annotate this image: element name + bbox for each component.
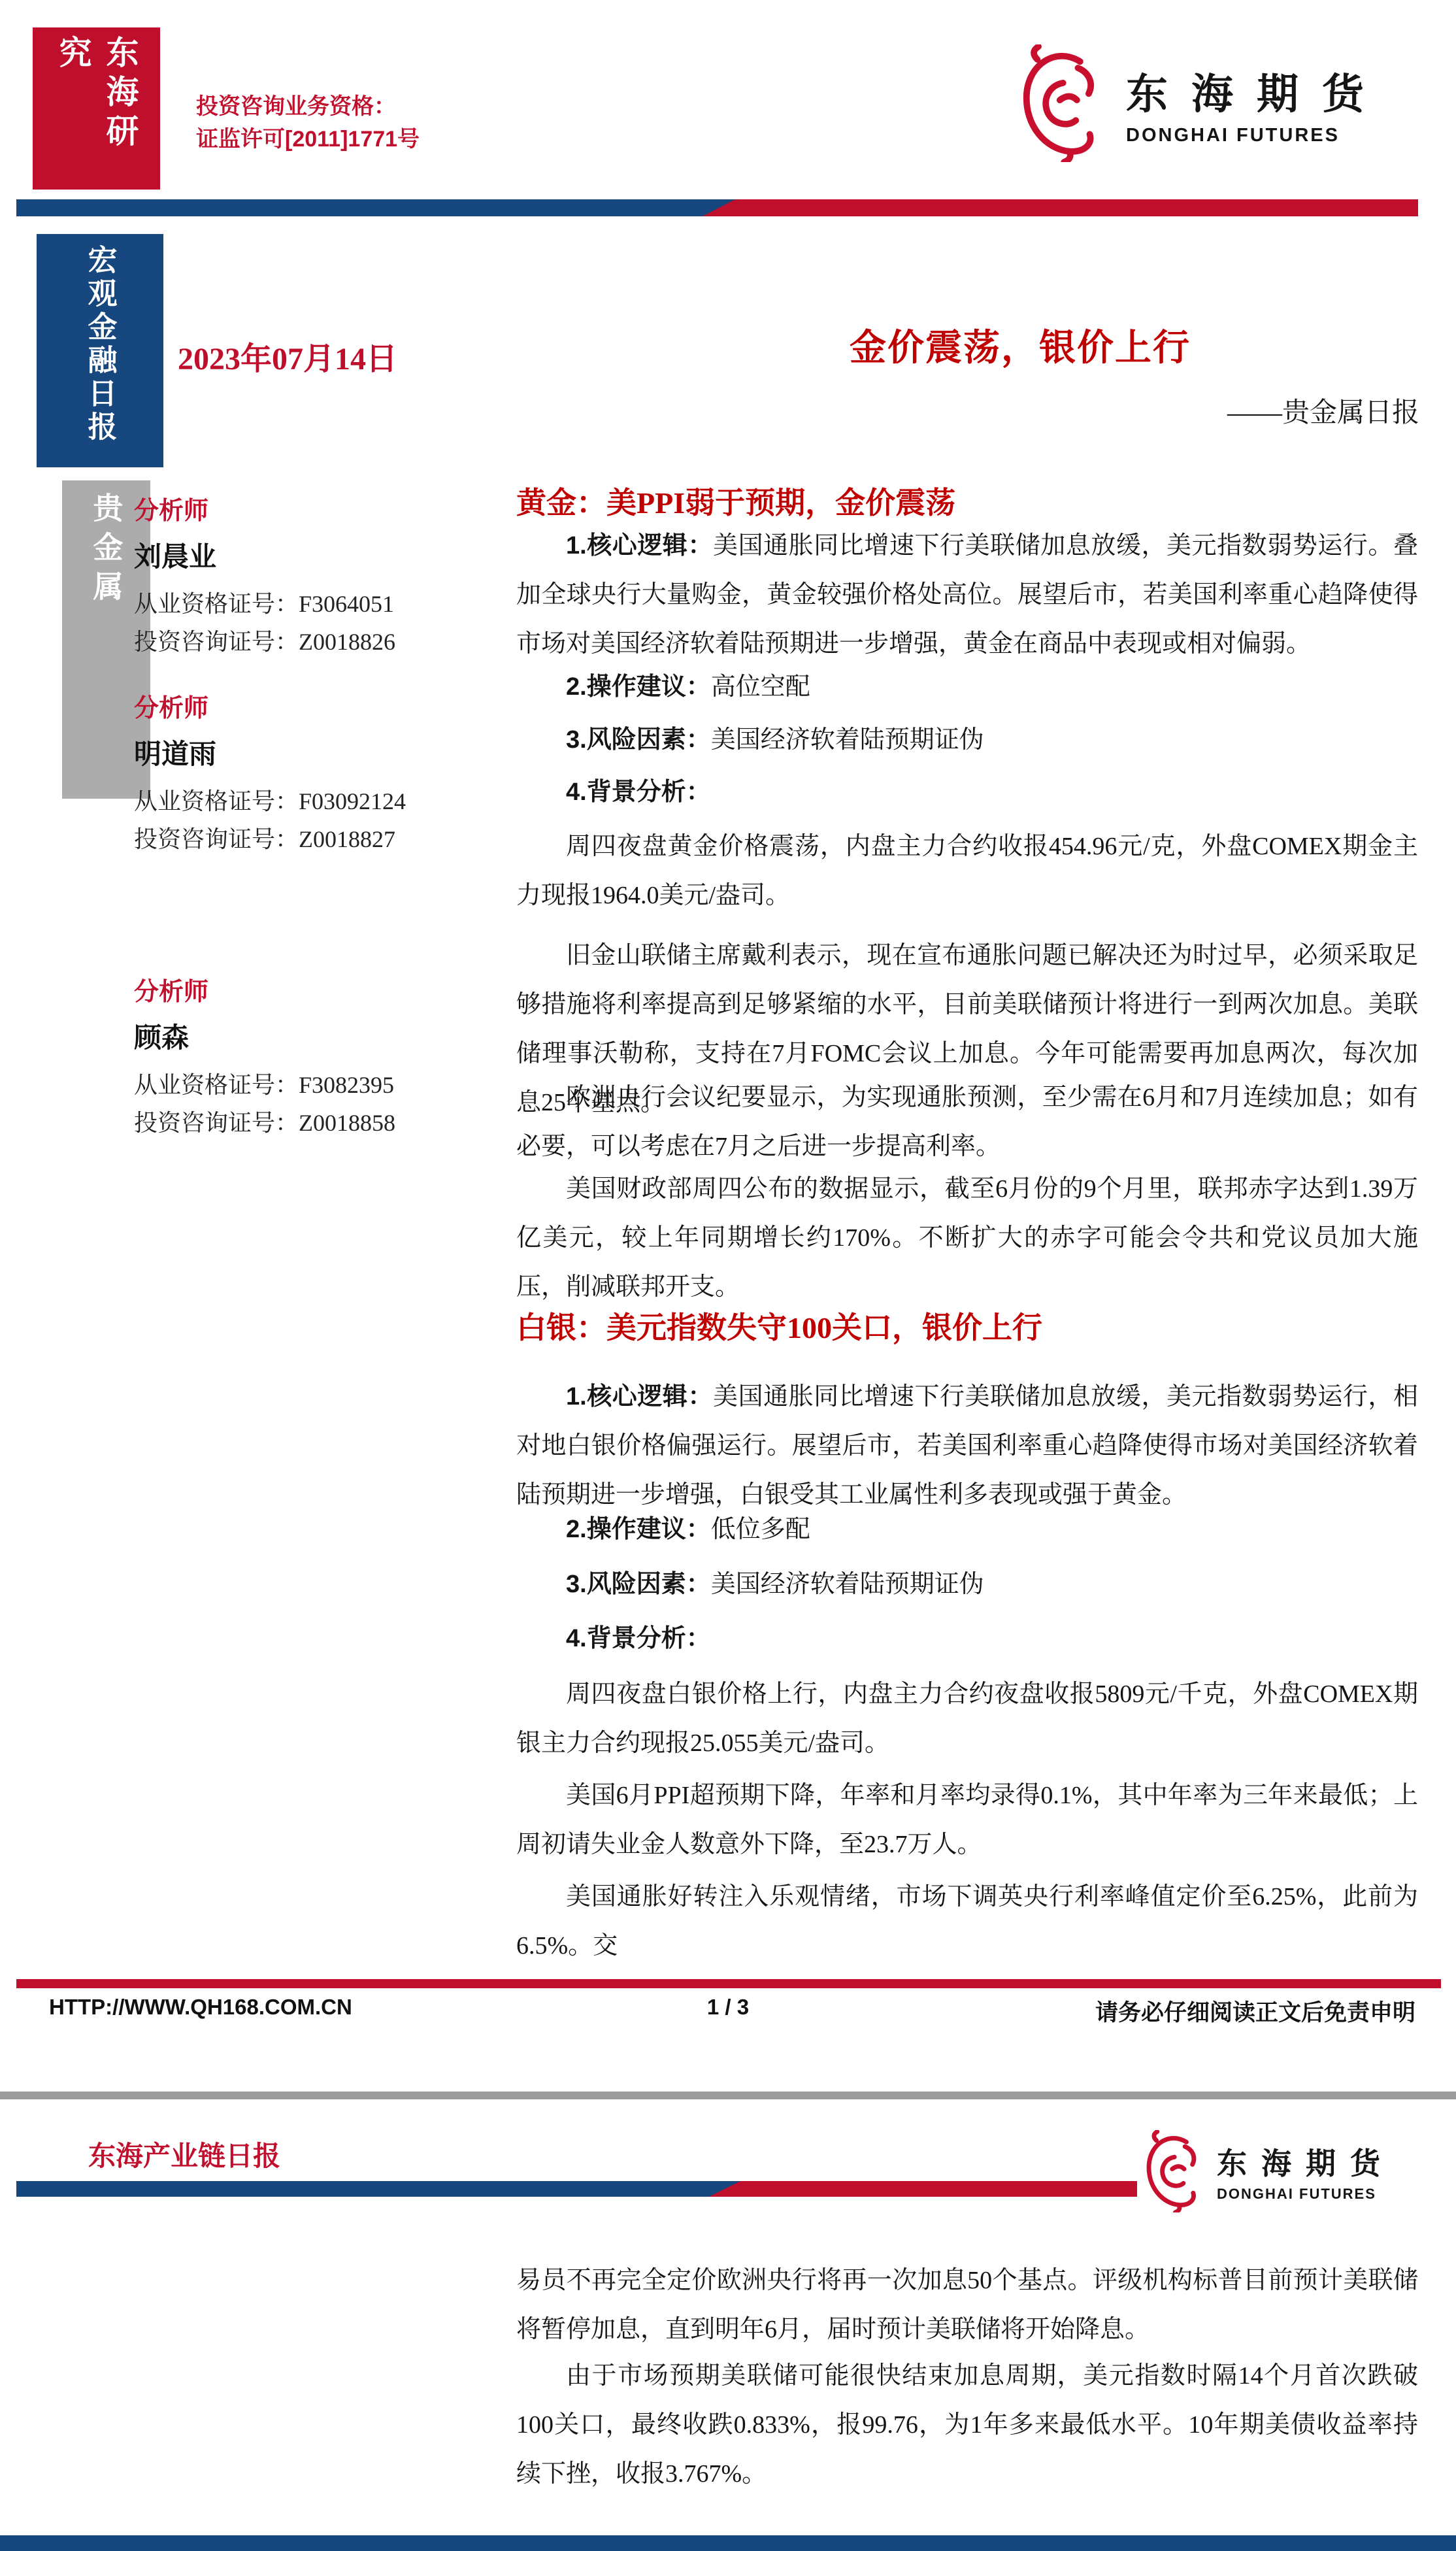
analyst-cert1: 从业资格证号：F03092124 — [134, 782, 500, 820]
silver-core-logic: 1.核心逻辑：美国通胀同比增速下行美联储加息放缓，美元指数弱势运行，相对地白银价… — [516, 1373, 1418, 1520]
logo-en-name: DONGHAI FUTURES — [1126, 125, 1387, 146]
divider-bar-red-segment — [703, 199, 1418, 216]
analyst-cert1: 从业资格证号：F3082395 — [134, 1066, 500, 1104]
qualification-line2: 证监许可[2011]1771号 — [196, 123, 420, 156]
page2-company-logo: 东海期货 DONGHAI FUTURES — [1137, 2123, 1456, 2220]
report-date: 2023年07月14日 — [178, 333, 397, 378]
logo-en-name: DONGHAI FUTURES — [1217, 2186, 1395, 2203]
gold-background-para-1: 周四夜盘黄金价格震荡，内盘主力合约收报454.96元/克，外盘COMEX期金主力… — [516, 822, 1418, 920]
page2-bottom-bar — [0, 2535, 1456, 2551]
report-subtitle: ——贵金属日报 — [1227, 391, 1419, 430]
report-document: 东海研究 投资咨询业务资格： 证监许可[2011]1771号 东海期货 DONG… — [0, 0, 1456, 2551]
gold-background-label: 4.背景分析： — [566, 778, 711, 806]
logo-cn-name: 东海期货 — [1217, 2140, 1395, 2183]
page2-para-1: 易员不再完全定价欧洲央行将再一次加息50个基点。评级机构标普目前预计美联储将暂停… — [516, 2256, 1418, 2354]
page2-para-2: 由于市场预期美联储可能很快结束加息周期，美元指数时隔14个月首次跌破100关口，… — [516, 2352, 1418, 2499]
analyst-name: 刘晨业 — [134, 535, 500, 575]
silver-risk: 3.风险因素：美国经济软着陆预期证伪 — [516, 1560, 1418, 1609]
gold-core-logic-label: 1.核心逻辑： — [566, 532, 713, 559]
footer-divider-bar — [16, 1979, 1441, 1988]
silver-section-heading: 白银：美元指数失守100关口，银价上行 — [516, 1304, 1425, 1347]
category-banner: 宏观金融日报 — [37, 234, 163, 467]
analyst-cert2: 投资咨询证号：Z0018827 — [134, 820, 500, 858]
silver-advice-label: 2.操作建议： — [566, 1516, 711, 1543]
company-logo: 东海期货 DONGHAI FUTURES — [1010, 44, 1387, 162]
analyst-cert1: 从业资格证号：F3064051 — [134, 585, 500, 623]
silver-background-label: 4.背景分析： — [566, 1625, 711, 1652]
analyst-name: 明道雨 — [134, 733, 500, 772]
silver-advice-text: 低位多配 — [711, 1516, 810, 1543]
analyst-cert2: 投资咨询证号：Z0018858 — [134, 1104, 500, 1142]
gold-advice-label: 2.操作建议： — [566, 673, 711, 701]
silver-core-logic-label: 1.核心逻辑： — [566, 1383, 713, 1410]
silver-risk-label: 3.风险因素： — [566, 1571, 711, 1598]
analyst-block: 分析师 明道雨 从业资格证号：F03092124 投资咨询证号：Z0018827 — [134, 688, 500, 858]
qualification-block: 投资咨询业务资格： 证监许可[2011]1771号 — [196, 90, 420, 156]
gold-background-para-3: 欧洲央行会议纪要显示，为实现通胀预测，至少需在6月和7月连续加息；如有必要，可以… — [516, 1073, 1418, 1171]
header-divider-bar — [16, 199, 1418, 216]
silver-background-para-2: 美国6月PPI超预期下降，年率和月率均录得0.1%，其中年率为三年来最低；上周初… — [516, 1771, 1418, 1869]
footer-disclaimer: 请务必仔细阅读正文后免责申明 — [1095, 1995, 1415, 2027]
logo-cn-name: 东海期货 — [1126, 61, 1387, 121]
silver-advice: 2.操作建议：低位多配 — [516, 1505, 1418, 1554]
research-banner: 东海研究 — [33, 27, 160, 190]
report-title: 金价震荡，银价上行 — [850, 319, 1191, 371]
gold-background-label-row: 4.背景分析： — [516, 768, 1418, 817]
gold-risk-label: 3.风险因素： — [566, 726, 711, 754]
silver-risk-text: 美国经济软着陆预期证伪 — [711, 1571, 984, 1598]
analyst-block: 分析师 刘晨业 从业资格证号：F3064051 投资咨询证号：Z0018826 — [134, 490, 500, 661]
analyst-block: 分析师 顾森 从业资格证号：F3082395 投资咨询证号：Z0018858 — [134, 971, 500, 1142]
dragon-logo-icon — [1137, 2130, 1210, 2212]
page-separator — [0, 2092, 1456, 2099]
qualification-line1: 投资咨询业务资格： — [196, 90, 420, 123]
gold-section-heading: 黄金：美PPI弱于预期，金价震荡 — [516, 479, 1425, 522]
gold-risk-text: 美国经济软着陆预期证伪 — [711, 726, 984, 754]
analyst-role: 分析师 — [134, 688, 500, 724]
category-banner-text: 宏观金融日报 — [79, 234, 122, 467]
analyst-role: 分析师 — [134, 490, 500, 526]
gold-advice: 2.操作建议：高位空配 — [516, 663, 1418, 712]
gold-advice-text: 高位空配 — [711, 673, 810, 701]
logo-text: 东海期货 DONGHAI FUTURES — [1217, 2140, 1395, 2203]
subcategory-banner-text: 贵金属 — [85, 480, 128, 799]
analyst-name: 顾森 — [134, 1016, 500, 1056]
logo-text: 东海期货 DONGHAI FUTURES — [1126, 61, 1387, 146]
gold-core-logic: 1.核心逻辑：美国通胀同比增速下行美联储加息放缓，美元指数弱势运行。叠加全球央行… — [516, 522, 1418, 669]
silver-background-para-1: 周四夜盘白银价格上行，内盘主力合约夜盘收报5809元/千克，外盘COMEX期银主… — [516, 1670, 1418, 1768]
silver-background-label-row: 4.背景分析： — [516, 1614, 1418, 1663]
gold-risk: 3.风险因素：美国经济软着陆预期证伪 — [516, 716, 1418, 765]
dragon-logo-icon — [1010, 44, 1114, 162]
analyst-role: 分析师 — [134, 971, 500, 1007]
gold-background-para-4: 美国财政部周四公布的数据显示，截至6月份的9个月里，联邦赤字达到1.39万亿美元… — [516, 1165, 1418, 1312]
analyst-cert2: 投资咨询证号：Z0018826 — [134, 623, 500, 661]
page2-header-title: 东海产业链日报 — [88, 2135, 280, 2174]
silver-background-para-3: 美国通胀好转注入乐观情绪，市场下调英央行利率峰值定价至6.25%，此前为6.5%… — [516, 1873, 1418, 1971]
research-banner-text: 东海研究 — [50, 27, 144, 190]
